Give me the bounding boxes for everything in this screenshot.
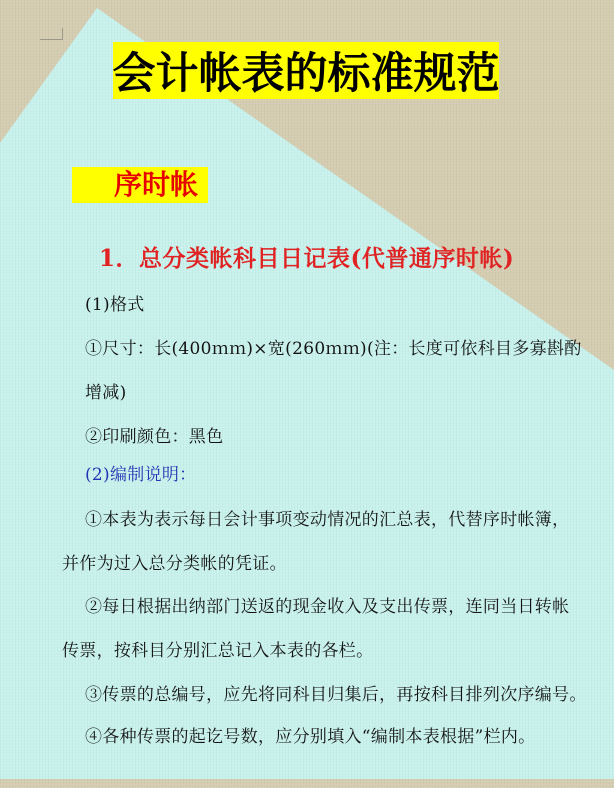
body-line-note1-1: ①本表为表示每日会计事项变动情况的汇总表，代替序时帐簿， bbox=[85, 510, 569, 531]
body-line-note1-2: 并作为过入总分类帐的凭证。 bbox=[62, 554, 287, 575]
body-line-size-1: ①尺寸：长(400ｍｍ)×宽(260ｍｍ)(注：长度可依科目多寡斟酌 bbox=[85, 339, 582, 360]
body-line-prep-label: (2)编制说明： bbox=[85, 465, 196, 486]
document-title: 会计帐表的标准规范 bbox=[113, 42, 499, 99]
body-line-format-label: (1)格式 bbox=[85, 295, 145, 316]
document-page: { "document": { "title": "会计帐表的标准规范", "s… bbox=[0, 0, 614, 788]
page-margin-mark bbox=[40, 28, 63, 40]
body-line-print-color: ②印刷颜色：黑色 bbox=[85, 427, 223, 448]
subsection-heading: 1．总分类帐科目日记表(代普通序时帐) bbox=[99, 240, 514, 273]
body-line-note4: ④各种传票的起讫号数，应分别填入“编制本表根据”栏内。 bbox=[85, 727, 535, 748]
section-header-text: 序时帐 bbox=[114, 168, 198, 201]
body-line-note3: ③传票的总编号，应先将同科目归集后，再按科目排列次序编号。 bbox=[85, 685, 587, 706]
body-line-size-2: 增减) bbox=[85, 383, 127, 404]
document-title-text: 会计帐表的标准规范 bbox=[113, 40, 500, 101]
section-header: 序时帐 bbox=[72, 167, 208, 203]
body-line-note2-2: 传票，按科目分别汇总记入本表的各栏。 bbox=[62, 641, 373, 662]
body-line-note2-1: ②每日根据出纳部门送返的现金收入及支出传票，连同当日转帐 bbox=[85, 597, 569, 618]
